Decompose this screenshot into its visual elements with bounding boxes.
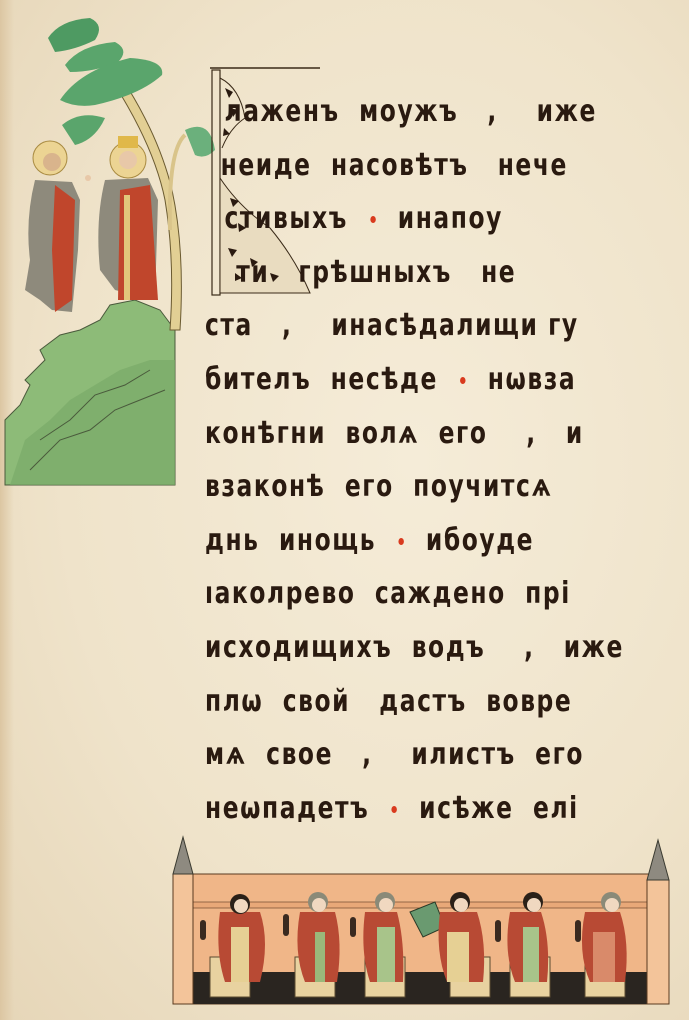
word: ти [236, 246, 269, 300]
miniature-christ-and-king [0, 0, 230, 490]
word: неѡпадетъ [205, 782, 369, 836]
text-line-4: ти грѣшныхъ не [205, 246, 564, 300]
text-line-13: мѧ свое , илистъ его [205, 728, 564, 782]
text-line-1: лаженъ моужъ , иже [205, 85, 564, 139]
word: волѧ [345, 407, 419, 461]
miniature-seated-figures [165, 832, 685, 1012]
word: инасѣдалищи гу [331, 299, 578, 353]
rubric-punctuation-dot [370, 216, 375, 223]
text-line-14: неѡпадетъ исѣже елі [205, 782, 564, 836]
word: плѡ [205, 675, 263, 729]
word: его [345, 460, 394, 514]
word: иже [564, 621, 624, 675]
word: мѧ [205, 728, 247, 782]
word: исходищихъ [205, 621, 392, 675]
manuscript-page: лаженъ моужъ , иже неиде насовѣтъ нече с… [0, 0, 689, 1020]
word: стивыхъ [225, 192, 348, 246]
word: исѣже [419, 782, 513, 836]
word: дастъ [379, 675, 467, 729]
text-line-6: бителъ несѣде нѡвза [205, 353, 564, 407]
word: днь [205, 514, 260, 568]
comma: , [524, 621, 534, 675]
word: иже [537, 85, 597, 139]
word: бителъ [205, 353, 311, 407]
text-line-12: плѡ свой дастъ вовре [205, 675, 564, 729]
word: свой [283, 675, 350, 729]
word: свое [266, 728, 333, 782]
text-line-8: взаконѣ его поучитсѧ [205, 460, 564, 514]
comma: , [282, 299, 292, 353]
word: поучитсѧ [413, 460, 552, 514]
word: взаконѣ [205, 460, 325, 514]
text-line-9: днь инощь ибоуде [205, 514, 564, 568]
word: и [566, 407, 584, 461]
rubric-punctuation-dot [398, 538, 403, 545]
text-line-2: неиде насовѣтъ нече [205, 139, 564, 193]
word: саждено [375, 567, 506, 621]
word: ıаколрево [205, 567, 355, 621]
word: его [535, 728, 584, 782]
word: илистъ [411, 728, 515, 782]
word: несѣде [331, 353, 438, 407]
word: не [481, 246, 516, 300]
comma: , [526, 407, 536, 461]
psalm-text-block: лаженъ моужъ , иже неиде насовѣтъ нече с… [205, 85, 665, 835]
text-line-11: исходищихъ водъ , иже [205, 621, 564, 675]
comma: , [362, 728, 372, 782]
word: конѣгни [205, 407, 326, 461]
word: его [439, 407, 488, 461]
word: ибоуде [426, 514, 534, 568]
word: неиде [221, 139, 312, 193]
text-line-7: конѣгни волѧ его , и [205, 407, 564, 461]
word: инощь [279, 514, 376, 568]
word: водъ [412, 621, 486, 675]
word: нече [498, 139, 568, 193]
rubric-punctuation-dot [460, 377, 465, 384]
text-line-10: ıаколрево саждено прі [205, 567, 564, 621]
word: моужъ [359, 85, 458, 139]
comma: , [487, 85, 497, 139]
word: ста [205, 299, 253, 353]
word: прі [525, 567, 571, 621]
rubric-punctuation-dot [391, 806, 396, 813]
word: инапоу [398, 192, 503, 246]
word: насовѣтъ [331, 139, 469, 193]
word: нѡвза [488, 353, 577, 407]
word: вовре [486, 675, 572, 729]
word: грѣшныхъ [298, 246, 452, 300]
word: лаженъ [225, 85, 340, 139]
text-line-3: стивыхъ инапоу [205, 192, 564, 246]
word: елі [533, 782, 579, 836]
text-line-5: ста , инасѣдалищи гу [205, 299, 564, 353]
